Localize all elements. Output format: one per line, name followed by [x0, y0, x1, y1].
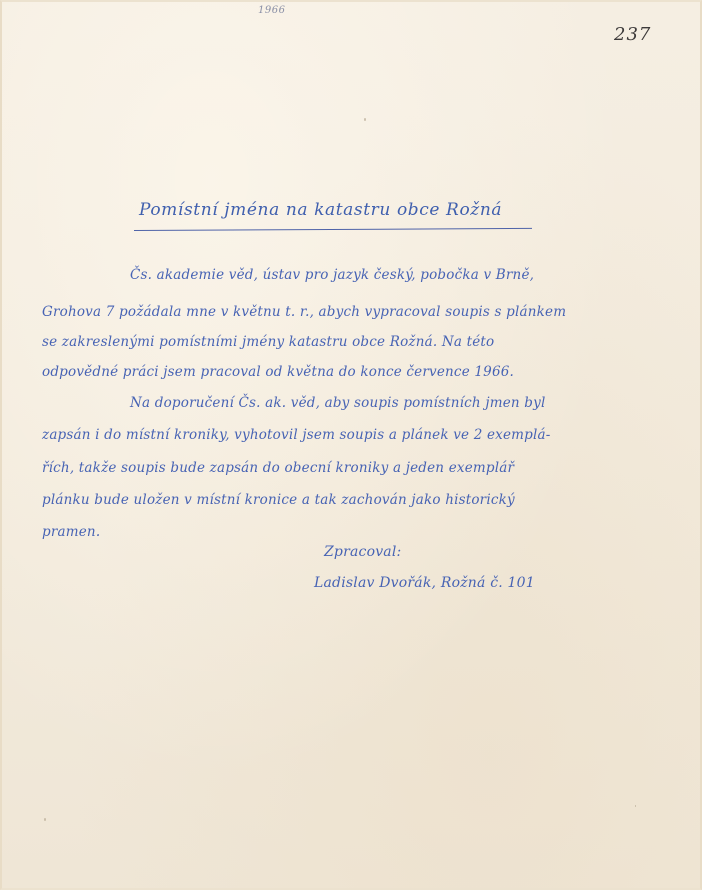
signature-label: Zpracoval:: [324, 544, 401, 560]
paper-speck: [364, 118, 366, 121]
body-line: odpovědné práci jsem pracoval od května …: [42, 364, 514, 380]
pencil-year-annotation: 1966: [258, 5, 285, 16]
paper-speck: [44, 818, 46, 821]
signature-name: Ladislav Dvořák, Rožná č. 101: [314, 575, 535, 591]
document-title: Pomístní jména na katastru obce Rožná: [139, 200, 529, 220]
body-line: plánku bude uložen v místní kronice a ta…: [42, 492, 515, 508]
body-line: se zakreslenými pomístními jmény katastr…: [42, 334, 494, 350]
paper-speck: [635, 805, 636, 807]
chronicle-page: 1966 237 Pomístní jména na katastru obce…: [0, 0, 702, 890]
body-line: Grohova 7 požádala mne v květnu t. r., a…: [42, 304, 566, 320]
page-number: 237: [614, 24, 651, 45]
body-line: pramen.: [42, 524, 100, 540]
title-underline: [134, 228, 532, 231]
body-line: zapsán i do místní kroniky, vyhotovil js…: [42, 427, 551, 443]
body-line: Čs. akademie věd, ústav pro jazyk český,…: [130, 267, 534, 283]
body-line: Na doporučení Čs. ak. věd, aby soupis po…: [130, 395, 545, 411]
body-line: řích, takže soupis bude zapsán do obecní…: [42, 460, 514, 476]
